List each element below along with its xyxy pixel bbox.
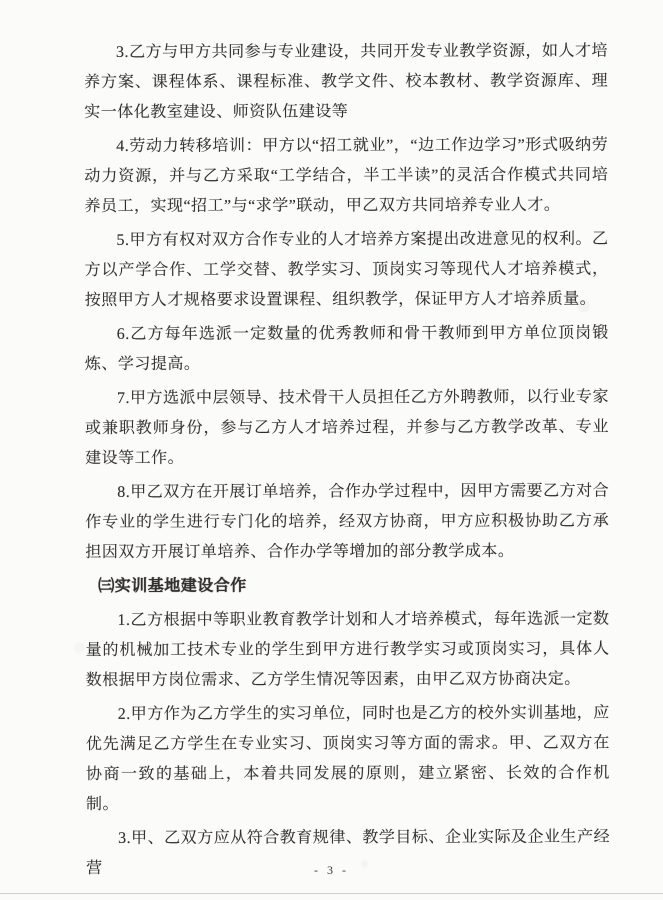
paragraph: 5.甲方有权对双方合作专业的人才培养方案提出改进意见的权利。乙方以产学合作、工学… (84, 225, 608, 316)
scan-edge-line (0, 893, 663, 894)
paragraph: 2.甲方作为乙方学生的实习单位，同时也是乙方的校外实训基地，应优先满足乙方学生在… (86, 699, 610, 820)
paragraph: 7.甲方选派中层领导、技术骨干人员担任乙方外聘教师，以行业专家或兼职教师身份，参… (85, 383, 609, 474)
paragraph: 6.乙方每年选派一定数量的优秀教师和骨干教师到甲方单位顶岗锻炼、学习提高。 (85, 319, 609, 380)
paragraph: 1.乙方根据中等职业教育教学计划和人才培养模式，每年选派一定数量的机械加工技术专… (85, 605, 609, 696)
page-number: - 3 - (0, 863, 663, 878)
section-heading: ㈢实训基地建设合作 (85, 571, 609, 602)
paragraph: 3.乙方与甲方共同参与专业建设，共同开发专业教学资源，如人才培养方案、课程体系、… (84, 37, 608, 128)
paragraph: 4.劳动力转移培训：甲方以“招工就业”，“边工作边学习”形式吸纳劳动力资源，并与… (84, 131, 608, 222)
paragraph: 8.甲乙双方在开展订单培养，合作办学过程中，因甲方需要乙方对合作专业的学生进行专… (85, 477, 609, 568)
page-content: 3.乙方与甲方共同参与专业建设，共同开发专业教学资源，如人才培养方案、课程体系、… (84, 37, 610, 888)
document-page: 3.乙方与甲方共同参与专业建设，共同开发专业教学资源，如人才培养方案、课程体系、… (0, 0, 663, 900)
